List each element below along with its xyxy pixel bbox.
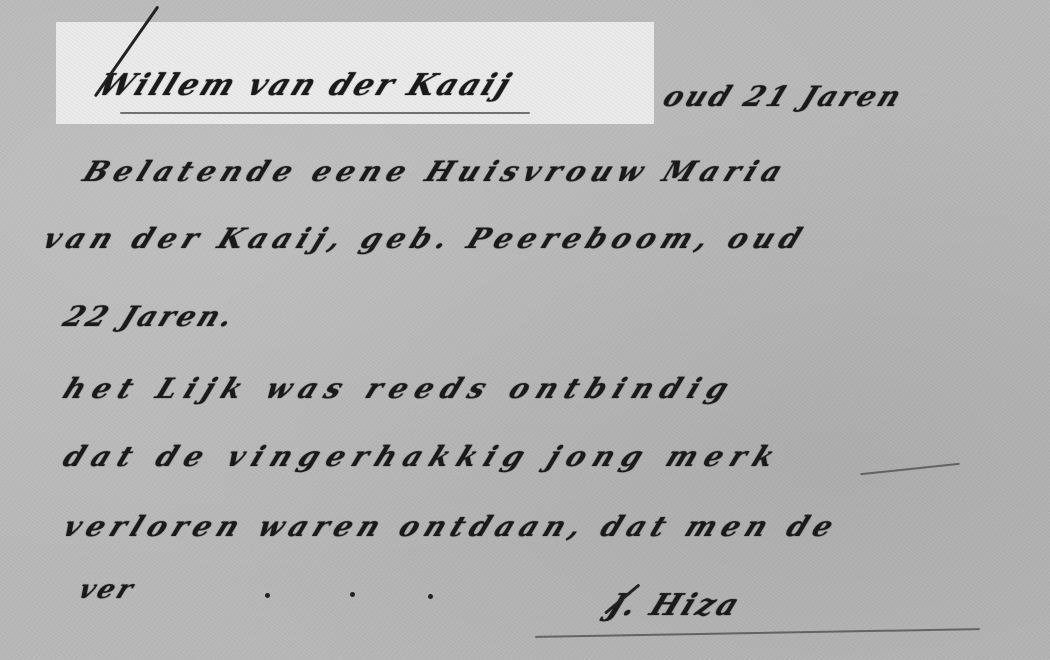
entry-line-5: 22 Jaren. bbox=[58, 300, 241, 333]
entry-line-4: van der Kaaij, geb. Peereboom, oud bbox=[38, 222, 812, 255]
filler-dot bbox=[428, 594, 433, 599]
filler-dot bbox=[265, 593, 270, 598]
entry-line-8: verloren waren ontdaan, dat men de bbox=[58, 510, 844, 543]
name-underline bbox=[120, 112, 530, 114]
entry-age: oud 21 Jaren bbox=[658, 80, 909, 113]
entry-name: Willem van der Kaaij bbox=[93, 68, 518, 103]
filler-dot bbox=[350, 592, 355, 597]
entry-line-7: dat de vingerhakkig jong merk bbox=[58, 440, 788, 473]
entry-line-3: Belatende eene Huisvrouw Maria bbox=[78, 155, 793, 188]
signature: J. Hiza bbox=[603, 588, 747, 623]
entry-line-6: het Lijk was reeds ontbindig bbox=[58, 372, 741, 405]
